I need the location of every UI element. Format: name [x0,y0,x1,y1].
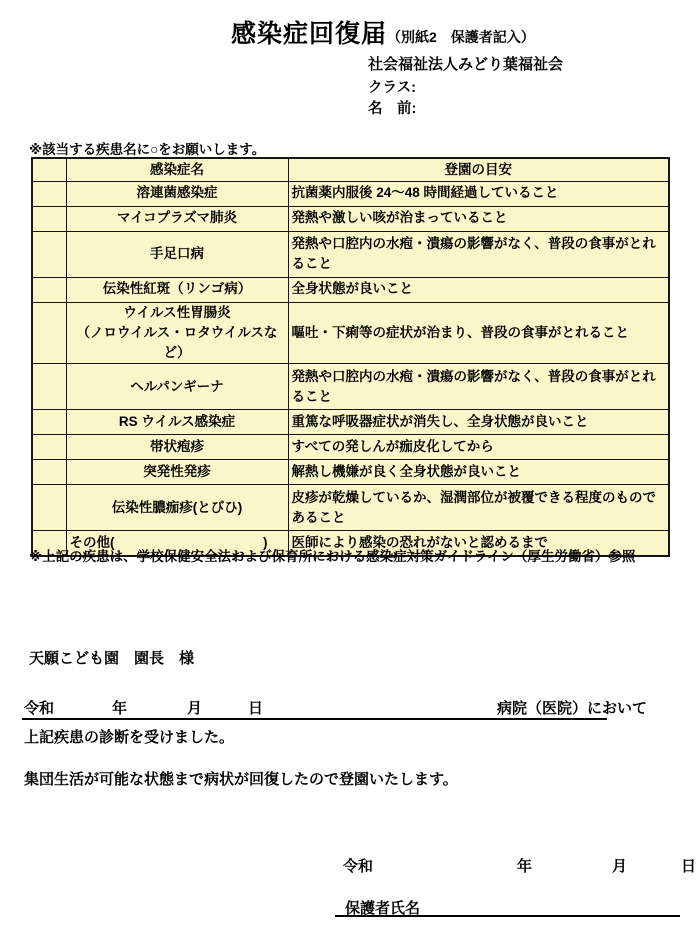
criteria-cell: 全身状態が良いこと [288,277,669,302]
table-row: 手足口病 発熱や口腔内の水疱・潰瘍の影響がなく、普段の食事がとれること [32,231,669,277]
disease-table: 感染症名 登園の目安 溶連菌感染症 抗菌薬内服後 24～48 時間経過しているこ… [31,157,670,557]
criteria-cell: すべての発しんが痂皮化してから [288,435,669,460]
mark-cell [32,181,66,206]
signature-day-label: 日 [681,855,696,876]
class-field-label: クラス: [368,76,416,97]
criteria-cell: 重篤な呼吸器症状が消失し、全身状態が良いこと [288,410,669,435]
mark-cell [32,302,66,364]
recovery-form-page: 感染症回復届（別紙2 保護者記入） 社会福祉法人みどり葉福祉会 クラス: 名 前… [0,0,698,932]
header-criteria-cell: 登園の目安 [288,158,669,181]
table-row: ヘルパンギーナ 発熱や口腔内の水疱・潰瘍の影響がなく、普段の食事がとれること [32,364,669,410]
disease-name-line1: ウイルス性胃腸炎 [70,303,285,323]
signature-era-label: 令和 [343,855,373,876]
diagnosis-statement: 上記疾患の診断を受けました。 [24,726,234,747]
table-row: 溶連菌感染症 抗菌薬内服後 24～48 時間経過していること [32,181,669,206]
signature-year-label: 年 [517,855,532,876]
circle-instruction-note: ※該当する疾患名に○をお願いします。 [29,138,265,158]
addressee-line: 天願こども園 園長 様 [29,647,194,668]
table-row: 伝染性紅斑（リンゴ病） 全身状態が良いこと [32,277,669,302]
disease-name-cell: マイコプラズマ肺炎 [66,206,288,231]
signature-month-label: 月 [612,855,627,876]
criteria-cell: 発熱や口腔内の水疱・潰瘍の影響がなく、普段の食事がとれること [288,231,669,277]
criteria-cell: 解熱し機嫌が良く全身状態が良いこと [288,460,669,485]
disease-name-line2: （ノロウイルス・ロタウイルスなど） [70,323,285,364]
disease-name-cell: ウイルス性胃腸炎（ノロウイルス・ロタウイルスなど） [66,302,288,364]
guardian-name-label: 保護者氏名 [345,897,420,918]
recovery-statement: 集団生活が可能な状態まで病状が回復したので登園いたします。 [24,768,458,789]
disease-name-cell: 溶連菌感染症 [66,181,288,206]
header-disease-cell: 感染症名 [66,158,288,181]
criteria-cell: 発熱や激しい咳が治まっていること [288,206,669,231]
mark-cell [32,485,66,531]
hospital-label: 病院（医院）において [497,697,647,718]
diagnosis-month-label: 月 [187,697,202,718]
diagnosis-era-label: 令和 [24,697,54,718]
disease-name-cell: RS ウイルス感染症 [66,410,288,435]
disease-name-cell: ヘルパンギーナ [66,364,288,410]
document-title-row: 感染症回復届（別紙2 保護者記入） [231,14,535,50]
name-field-label: 名 前: [368,97,416,118]
mark-cell [32,410,66,435]
organization-name: 社会福祉法人みどり葉福祉会 [368,53,563,74]
mark-cell [32,460,66,485]
mark-cell [32,435,66,460]
criteria-cell: 抗菌薬内服後 24～48 時間経過していること [288,181,669,206]
table-row: 帯状疱疹 すべての発しんが痂皮化してから [32,435,669,460]
criteria-cell: 発熱や口腔内の水疱・潰瘍の影響がなく、普段の食事がとれること [288,364,669,410]
criteria-cell: 皮疹が乾燥しているか、湿潤部位が被覆できる程度のものであること [288,485,669,531]
mark-cell [32,231,66,277]
criteria-cell: 嘔吐・下痢等の症状が治まり、普段の食事がとれること [288,302,669,364]
mark-cell [32,364,66,410]
table-header-row: 感染症名 登園の目安 [32,158,669,181]
page-title-suffix: （別紙2 保護者記入） [387,27,535,47]
disease-name-cell: 伝染性膿痂疹(とびひ) [66,485,288,531]
mark-cell [32,206,66,231]
disease-name-cell: 伝染性紅斑（リンゴ病） [66,277,288,302]
table-row: ウイルス性胃腸炎（ノロウイルス・ロタウイルスなど） 嘔吐・下痢等の症状が治まり、… [32,302,669,364]
diagnosis-day-label: 日 [248,697,263,718]
table-row: 突発性発疹 解熱し機嫌が良く全身状態が良いこと [32,460,669,485]
disease-name-cell: 突発性発疹 [66,460,288,485]
diagnosis-year-label: 年 [112,697,127,718]
table-row: 伝染性膿痂疹(とびひ) 皮疹が乾燥しているか、湿潤部位が被覆できる程度のものであ… [32,485,669,531]
header-mark-cell [32,158,66,181]
disease-name-cell: 帯状疱疹 [66,435,288,460]
table-row: マイコプラズマ肺炎 発熱や激しい咳が治まっていること [32,206,669,231]
mark-cell [32,277,66,302]
page-title: 感染症回復届 [231,14,387,50]
disease-name-cell: 手足口病 [66,231,288,277]
reference-note: ※上記の疾患は、学校保健安全法および保育所における感染症対策ガイドライン（厚生労… [29,545,635,565]
table-row: RS ウイルス感染症 重篤な呼吸器症状が消失し、全身状態が良いこと [32,410,669,435]
